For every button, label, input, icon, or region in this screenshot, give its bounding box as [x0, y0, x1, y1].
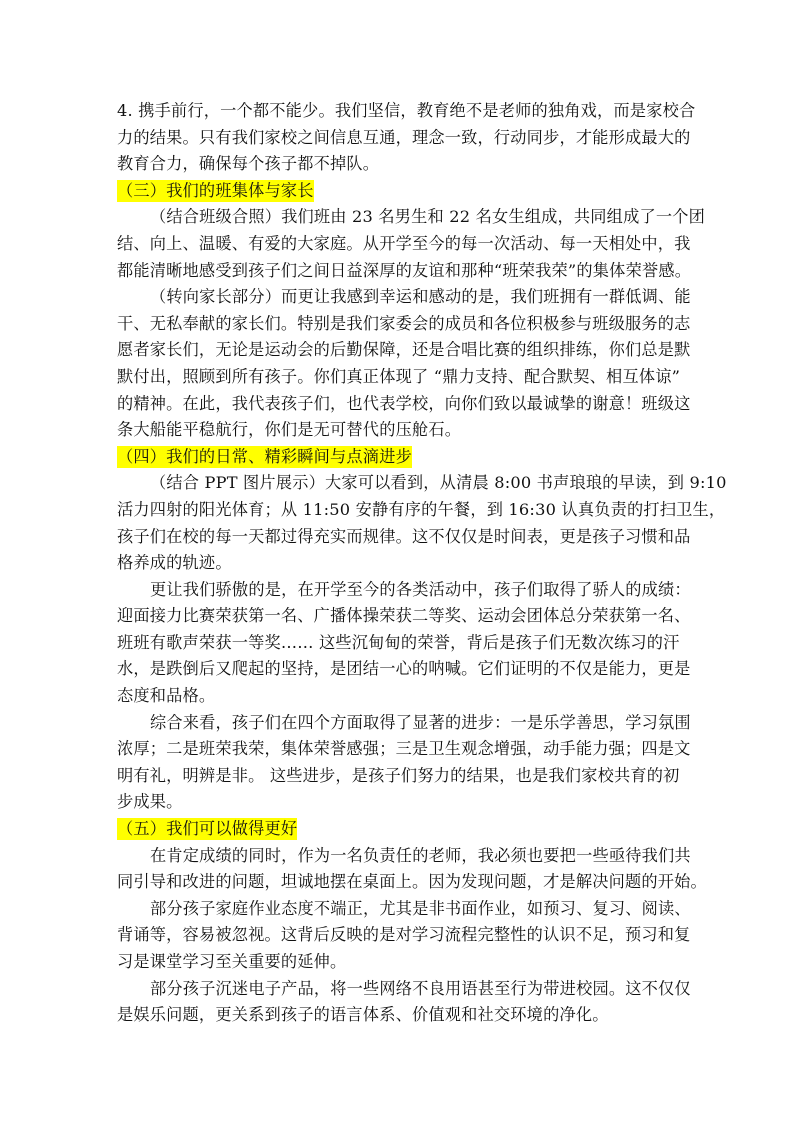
text-line: 步成果。: [117, 789, 677, 816]
paragraph-electronics-issue: 部分孩子沉迷电子产品，将一些网络不良用语甚至行为带进校园。这不仅仅 是娱乐问题，…: [117, 976, 677, 1029]
text-line: 浓厚；二是班荣我荣，集体荣誉感强；三是卫生观念增强，动手能力强；四是文: [117, 736, 677, 763]
text-line: 同引导和改进的问题，坦诚地摆在桌面上。因为发现问题，才是解决问题的开始。: [117, 869, 677, 896]
text-line: 更让我们骄傲的是，在开学至今的各类活动中，孩子们取得了骄人的成绩：: [117, 577, 677, 604]
paragraph-achievements: 更让我们骄傲的是，在开学至今的各类活动中，孩子们取得了骄人的成绩： 迎面接力比赛…: [117, 577, 677, 710]
paragraph-progress-summary: 综合来看，孩子们在四个方面取得了显著的进步：一是乐学善思，学习氛围 浓厚；二是班…: [117, 710, 677, 816]
text-line: 力的结果。只有我们家校之间信息互通，理念一致，行动同步，才能形成最大的: [117, 125, 677, 152]
text-line: 格养成的轨迹。: [117, 550, 677, 577]
highlighted-heading-text: （三）我们的班集体与家长: [117, 180, 314, 202]
text-line: 班班有歌声荣获一等奖…… 这些沉甸甸的荣誉，背后是孩子们无数次练习的汗: [117, 630, 677, 657]
text-line: 孩子们在校的每一天都过得充实而规律。这不仅仅是时间表，更是孩子习惯和品: [117, 524, 677, 551]
text-line: 习是课堂学习至关重要的延伸。: [117, 949, 677, 976]
highlighted-heading-text: （五）我们可以做得更好: [117, 818, 297, 840]
text-line: 条大船能平稳航行，你们是无可替代的压舱石。: [117, 417, 677, 444]
text-line: 水，是跌倒后又爬起的坚持，是团结一心的呐喊。它们证明的不仅是能力，更是: [117, 656, 677, 683]
text-line: 都能清晰地感受到孩子们之间日益深厚的友谊和那种“班荣我荣”的集体荣誉感。: [117, 258, 677, 285]
paragraph-daily-schedule: （结合 PPT 图片展示）大家可以看到，从清晨 8:00 书声琅琅的早读，到 9…: [117, 470, 677, 576]
text-line: 明有礼，明辨是非。 这些进步，是孩子们努力的结果，也是我们家校共育的初: [117, 763, 677, 790]
section-heading-class-and-parents: （三）我们的班集体与家长: [117, 178, 677, 205]
section-heading-improvements: （五）我们可以做得更好: [117, 816, 677, 843]
text-line: 活力四射的阳光体育；从 11:50 安静有序的午餐，到 16:30 认真负责的打…: [117, 497, 677, 524]
text-line: 迎面接力比赛荣获第一名、广播体操荣获二等奖、运动会团体总分荣获第一名、: [117, 603, 677, 630]
text-line: 干、无私奉献的家长们。特别是我们家委会的成员和各位积极参与班级服务的志: [117, 311, 677, 338]
paragraph-homework-issue: 部分孩子家庭作业态度不端正，尤其是非书面作业，如预习、复习、阅读、 背诵等，容易…: [117, 896, 677, 976]
text-line: 结、向上、温暖、有爱的大家庭。从开学至今的每一次活动、每一天相处中，我: [117, 231, 677, 258]
text-line: 综合来看，孩子们在四个方面取得了显著的进步：一是乐学善思，学习氛围: [117, 710, 677, 737]
text-line: （转向家长部分）而更让我感到幸运和感动的是，我们班拥有一群低调、能: [117, 284, 677, 311]
text-line: 是娱乐问题，更关系到孩子的语言体系、价值观和社交环境的净化。: [117, 1002, 677, 1029]
text-line: 部分孩子家庭作业态度不端正，尤其是非书面作业，如预习、复习、阅读、: [117, 896, 677, 923]
section-heading-daily-progress: （四）我们的日常、精彩瞬间与点滴进步: [117, 444, 677, 471]
text-line: 的精神。在此，我代表孩子们，也代表学校，向你们致以最诚挚的谢意！班级这: [117, 391, 677, 418]
paragraph-class-photo: （结合班级合照）我们班由 23 名男生和 22 名女生组成，共同组成了一个团 结…: [117, 204, 677, 284]
text-line: （结合 PPT 图片展示）大家可以看到，从清晨 8:00 书声琅琅的早读，到 9…: [117, 470, 677, 497]
text-line: （结合班级合照）我们班由 23 名男生和 22 名女生组成，共同组成了一个团: [117, 204, 677, 231]
text-line: 教育合力，确保每个孩子都不掉队。: [117, 151, 677, 178]
document-page: 4. 携手前行，一个都不能少。我们坚信，教育绝不是老师的独角戏，而是家校合 力的…: [117, 98, 677, 1029]
text-line: 背诵等，容易被忽视。这背后反映的是对学习流程完整性的认识不足，预习和复: [117, 922, 677, 949]
text-line: 愿者家长们，无论是运动会的后勤保障，还是合唱比赛的组织排练，你们总是默: [117, 337, 677, 364]
text-line: 4. 携手前行，一个都不能少。我们坚信，教育绝不是老师的独角戏，而是家校合: [117, 98, 677, 125]
paragraph-hand-in-hand: 4. 携手前行，一个都不能少。我们坚信，教育绝不是老师的独角戏，而是家校合 力的…: [117, 98, 677, 178]
paragraph-improvement-intro: 在肯定成绩的同时，作为一名负责任的老师，我必须也要把一些亟待我们共 同引导和改进…: [117, 843, 677, 896]
text-line: 部分孩子沉迷电子产品，将一些网络不良用语甚至行为带进校园。这不仅仅: [117, 976, 677, 1003]
paragraph-parents-thanks: （转向家长部分）而更让我感到幸运和感动的是，我们班拥有一群低调、能 干、无私奉献…: [117, 284, 677, 444]
text-line: 态度和品格。: [117, 683, 677, 710]
text-line: 在肯定成绩的同时，作为一名负责任的老师，我必须也要把一些亟待我们共: [117, 843, 677, 870]
text-line: 默付出，照顾到所有孩子。你们真正体现了 “鼎力支持、配合默契、相互体谅”: [117, 364, 677, 391]
highlighted-heading-text: （四）我们的日常、精彩瞬间与点滴进步: [117, 446, 412, 468]
